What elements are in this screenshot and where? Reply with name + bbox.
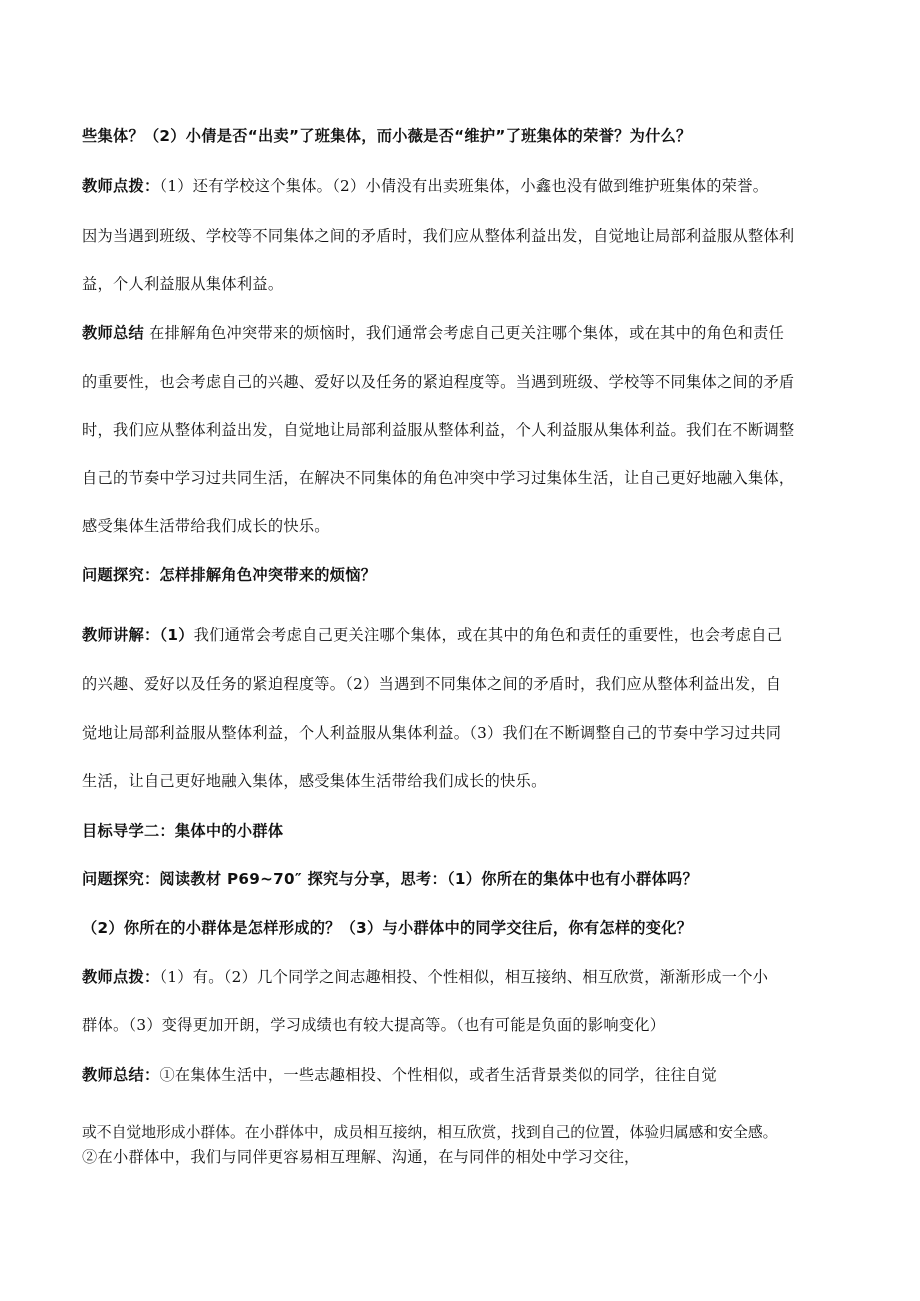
question-line: 些集体？（2）小倩是否“出卖”了班集体，而小薇是否“维护”了班集体的荣誉？为什么… [82, 126, 692, 146]
section-heading: 问题探究：怎样排解角色冲突带来的烦恼？ [82, 565, 376, 585]
text: 在排解角色冲突带来的烦恼时，我们通常会考虑自己更关注哪个集体，或在其中的角色和责… [149, 324, 784, 342]
label-teacher-summary: 教师总结： [82, 1066, 159, 1084]
teacher-guidance-line: 教师点拨：（1）有。（2）几个同学之间志趣相投、个性相似，相互接纳、相互欣赏，渐… [82, 967, 768, 987]
body-text-line: 益，个人利益服从集体利益。 [82, 274, 283, 294]
teacher-guidance-line: 教师点拨：（1）还有学校这个集体。（2）小倩没有出卖班集体，小鑫也没有做到维护班… [82, 176, 768, 196]
text: 我们通常会考虑自己更关注哪个集体，或在其中的角色和责任的重要性，也会考虑自己 [194, 626, 783, 644]
body-text-line: 生活，让自己更好地融入集体，感受集体生活带给我们成长的快乐。 [82, 771, 547, 791]
question-line: （2）你所在的小群体是怎样形成的？（3）与小群体中的同学交往后，你有怎样的变化？ [82, 918, 692, 938]
body-text-line: 时，我们应从整体利益出发，自觉地让局部利益服从整体利益，个人利益服从集体利益。我… [82, 420, 794, 440]
body-text-line: 因为当遇到班级、学校等不同集体之间的矛盾时，我们应从整体利益出发，自觉地让局部利… [82, 226, 794, 246]
label-teacher-explanation: 教师讲解： [82, 626, 159, 644]
label-teacher-guidance: 教师点拨： [82, 177, 159, 195]
body-text-line: 或不自觉地形成小群体。在小群体中，成员相互接纳，相互欣赏，找到自己的位置，体验归… [82, 1123, 777, 1143]
body-text-line: 觉地让局部利益服从整体利益，个人利益服从集体利益。（3）我们在不断调整自己的节奏… [82, 723, 781, 743]
body-text-line: 的兴趣、爱好以及任务的紧迫程度等。（2）当遇到不同集体之间的矛盾时，我们应从整体… [82, 674, 781, 694]
text: （1）还有学校这个集体。（2）小倩没有出卖班集体，小鑫也没有做到维护班集体的荣誉… [159, 177, 768, 195]
label-teacher-guidance: 教师点拨： [82, 968, 159, 986]
text: （1）有。（2）几个同学之间志趣相投、个性相似，相互接纳、相互欣赏，渐渐形成一个… [159, 968, 768, 986]
body-text-line: 自己的节奏中学习过共同生活，在解决不同集体的角色冲突中学习过集体生活，让自己更好… [82, 468, 794, 488]
body-text-line: 的重要性，也会考虑自己的兴趣、爱好以及任务的紧迫程度等。当遇到班级、学校等不同集… [82, 372, 794, 392]
teacher-explanation-line: 教师讲解：（1）我们通常会考虑自己更关注哪个集体，或在其中的角色和责任的重要性，… [82, 625, 782, 645]
label-teacher-summary: 教师总结 [82, 324, 144, 342]
body-text-line: 感受集体生活带给我们成长的快乐。 [82, 516, 330, 536]
body-text-line: 群体。（3）变得更加开朗，学习成绩也有较大提高等。（也有可能是负面的影响变化） [82, 1015, 665, 1035]
body-text-line: ②在小群体中，我们与同伴更容易相互理解、沟通，在与同伴的相处中学习交往， [82, 1147, 640, 1167]
teacher-summary-line: 教师总结：①在集体生活中，一些志趣相投、个性相似，或者生活背景类似的同学，往往自… [82, 1065, 717, 1085]
teacher-summary-line: 教师总结 在排解角色冲突带来的烦恼时，我们通常会考虑自己更关注哪个集体，或在其中… [82, 323, 784, 343]
number: （1） [159, 626, 193, 644]
section-heading-goal-2: 目标导学二：集体中的小群体 [82, 821, 283, 841]
text: ①在集体生活中，一些志趣相投、个性相似，或者生活背景类似的同学，往往自觉 [159, 1066, 717, 1084]
question-line: 问题探究：阅读教材 P69~70″ 探究与分享，思考：（1）你所在的集体中也有小… [82, 869, 698, 889]
